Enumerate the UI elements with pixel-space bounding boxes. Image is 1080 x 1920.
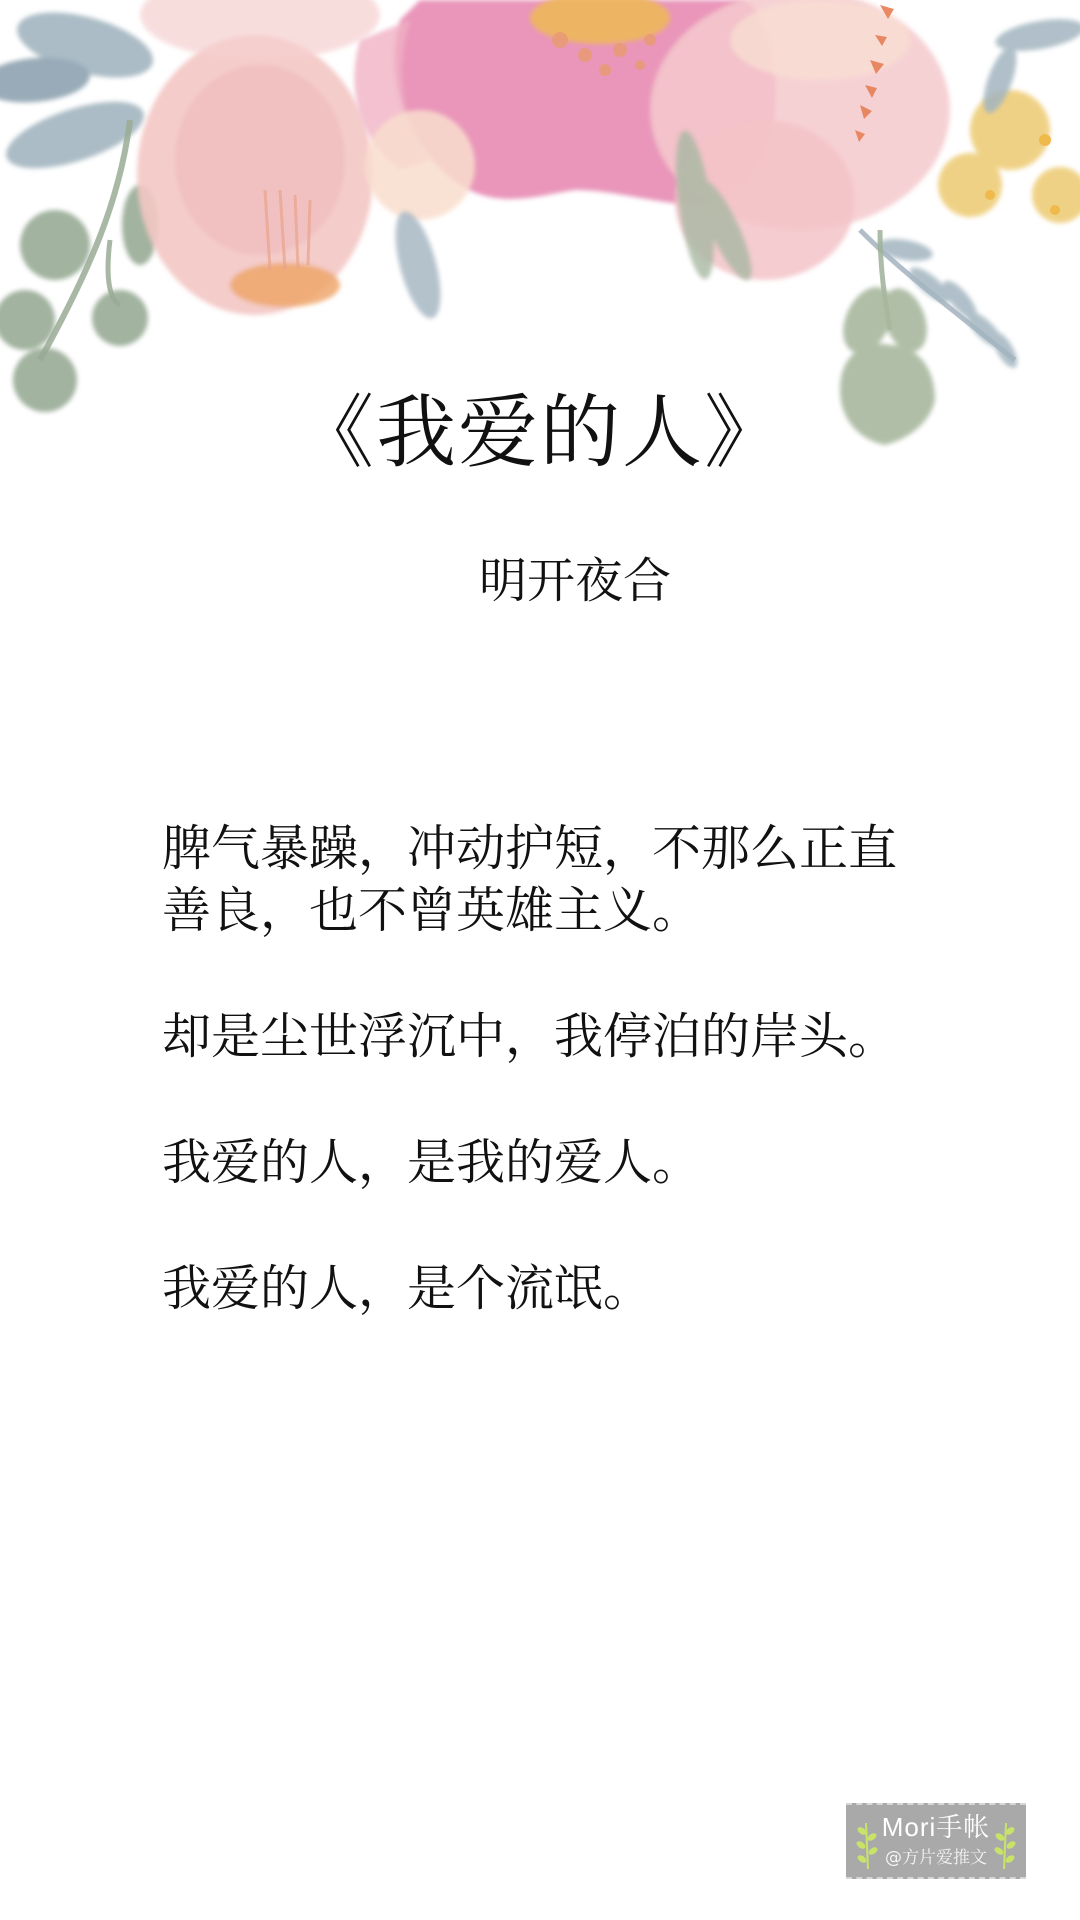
leaf-sprig-icon <box>992 1819 1018 1871</box>
blue-leaf-cluster-left <box>0 0 160 182</box>
paragraph-1-line-1: 脾气暴躁，冲动护短，不那么正直 <box>162 820 897 877</box>
paragraph-2: 却是尘世浮沉中，我停泊的岸头。 <box>162 1006 982 1068</box>
paragraph-4-line-1: 我爱的人，是个流氓。 <box>162 1260 652 1317</box>
poem-title: 《我爱的人》 <box>0 378 1080 488</box>
paragraph-1: 脾气暴躁，冲动护短，不那么正直 善良，也不曾英雄主义。 <box>162 818 982 942</box>
paragraph-2-line-1: 却是尘世浮沉中，我停泊的岸头。 <box>162 1008 897 1065</box>
author-name: 明开夜合 <box>0 548 1080 614</box>
paragraph-3-line-1: 我爱的人，是我的爱人。 <box>162 1134 701 1191</box>
paragraph-1-line-2: 善良，也不曾英雄主义。 <box>162 882 701 939</box>
paragraph-4: 我爱的人，是个流氓。 <box>162 1258 982 1320</box>
paragraph-3: 我爱的人，是我的爱人。 <box>162 1132 982 1194</box>
yellow-flower-cluster <box>938 90 1080 223</box>
poem-body: 脾气暴躁，冲动护短，不那么正直 善良，也不曾英雄主义。 却是尘世浮沉中，我停泊的… <box>162 818 982 1384</box>
watermark-badge: Mori手帐 @方片爱推文 <box>846 1803 1026 1879</box>
peach-flower-left <box>137 35 373 315</box>
